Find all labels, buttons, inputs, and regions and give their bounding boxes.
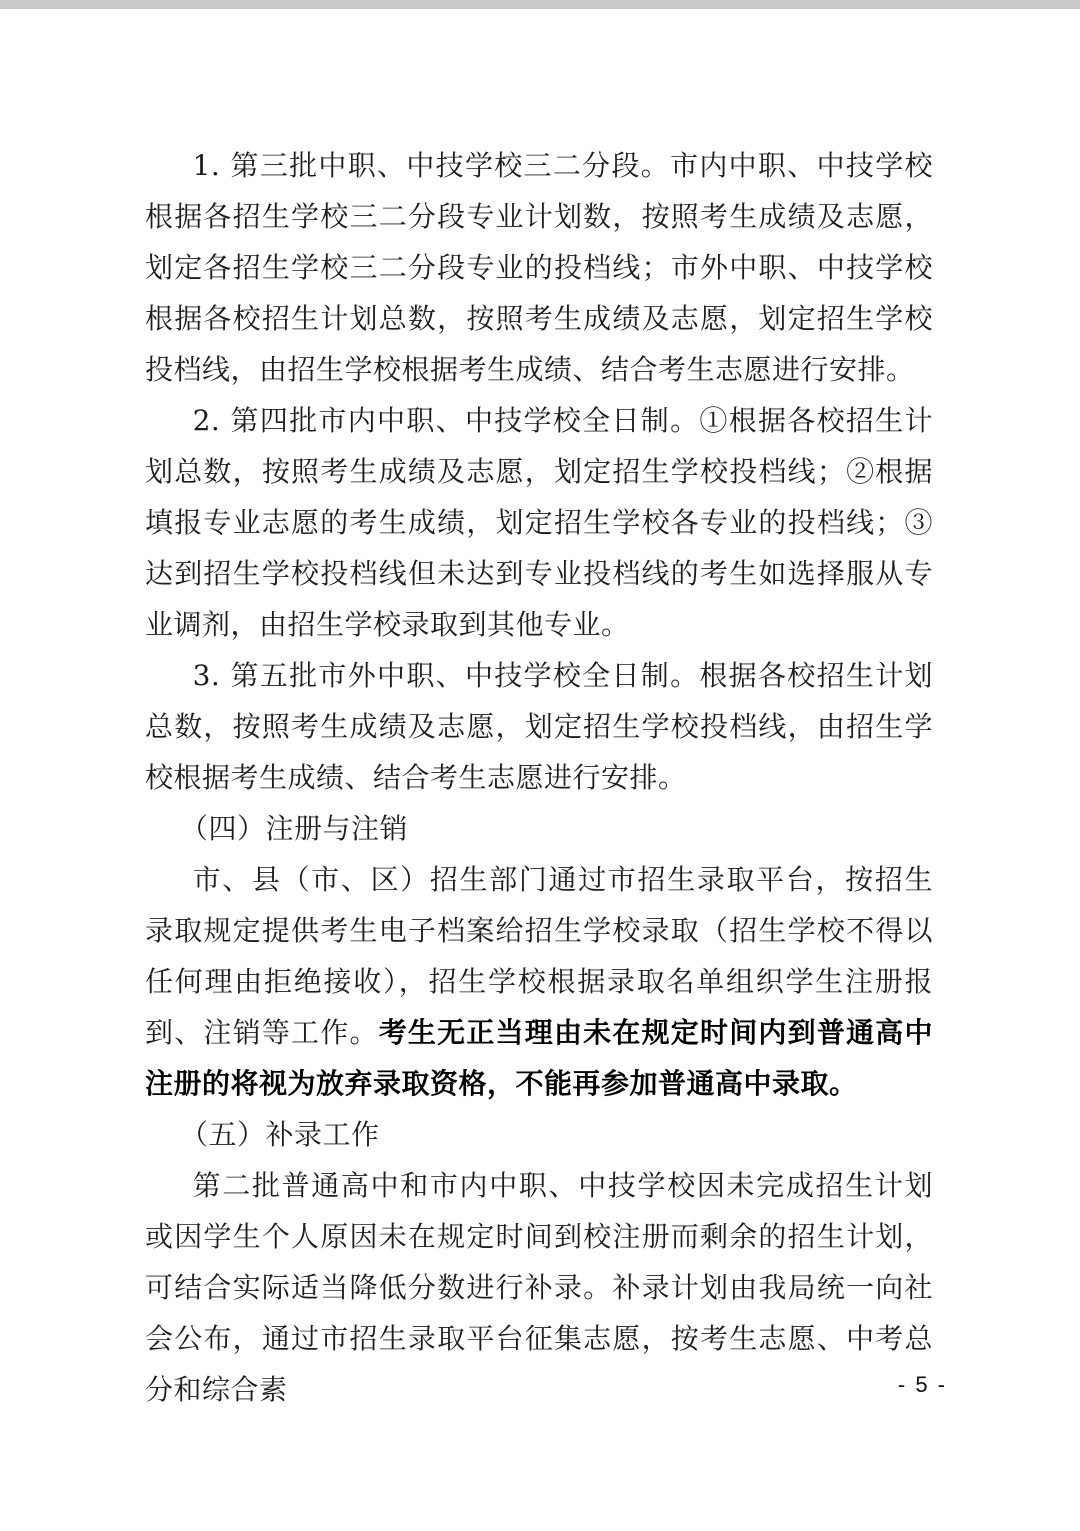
paragraph-text: 2. 第四批市内中职、中技学校全日制。①根据各校招生计划总数，按照考生成绩及志愿…: [145, 404, 933, 641]
heading-text: （四）注册与注销: [180, 812, 408, 845]
top-gray-bar: [0, 0, 1080, 9]
paragraph-text: 1. 第三批中职、中技学校三二分段。市内中职、中技学校根据各招生学校三二分段专业…: [145, 149, 933, 386]
paragraph-registration-rules: 市、县（市、区）招生部门通过市招生录取平台，按招生录取规定提供考生电子档案给招生…: [145, 854, 933, 1109]
page-number: - 5 -: [898, 1372, 947, 1398]
paragraph-text: 3. 第五批市外中职、中技学校全日制。根据各校招生计划总数，按照考生成绩及志愿，…: [145, 659, 933, 794]
section-heading-supplementary: （五）补录工作: [145, 1109, 933, 1160]
paragraph-batch3-rules: 1. 第三批中职、中技学校三二分段。市内中职、中技学校根据各招生学校三二分段专业…: [145, 140, 933, 395]
paragraph-batch4-rules: 2. 第四批市内中职、中技学校全日制。①根据各校招生计划总数，按照考生成绩及志愿…: [145, 395, 933, 650]
section-heading-registration: （四）注册与注销: [145, 803, 933, 854]
document-body: 1. 第三批中职、中技学校三二分段。市内中职、中技学校根据各招生学校三二分段专业…: [145, 140, 933, 1415]
heading-text: （五）补录工作: [180, 1118, 380, 1151]
paragraph-batch5-rules: 3. 第五批市外中职、中技学校全日制。根据各校招生计划总数，按照考生成绩及志愿，…: [145, 650, 933, 803]
paragraph-text: 第二批普通高中和市内中职、中技学校因未完成招生计划或因学生个人原因未在规定时间到…: [145, 1169, 933, 1406]
paragraph-supplementary-rules: 第二批普通高中和市内中职、中技学校因未完成招生计划或因学生个人原因未在规定时间到…: [145, 1160, 933, 1415]
